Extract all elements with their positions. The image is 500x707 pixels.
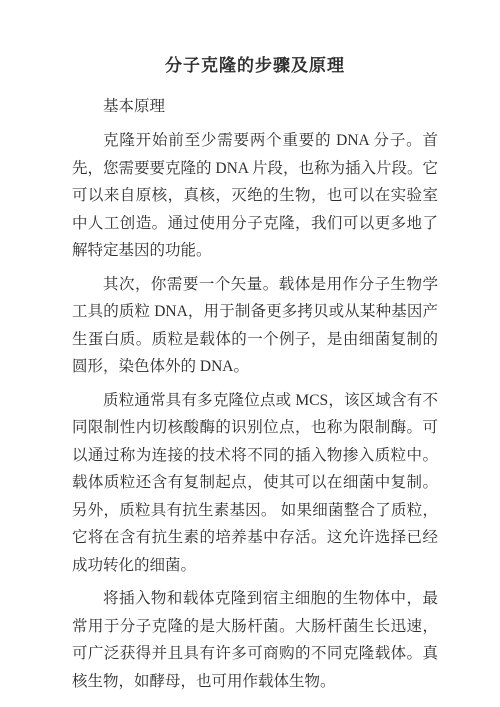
- section-heading: 基本原理: [72, 93, 438, 120]
- paragraph-1: 克隆开始前至少需要两个重要的 DNA 分子。首先，您需要要克隆的 DNA 片段，…: [72, 127, 438, 265]
- document-title: 分子克隆的步骤及原理: [72, 52, 438, 80]
- paragraph-4: 将插入物和载体克隆到宿主细胞的生物体中，最常用于分子克隆的是大肠杆菌。大肠杆菌生…: [72, 585, 438, 695]
- paragraph-2: 其次，你需要一个矢量。载体是用作分子生物学工具的质粒 DNA，用于制备更多拷贝或…: [72, 271, 438, 381]
- document-page: 分子克隆的步骤及原理 基本原理 克隆开始前至少需要两个重要的 DNA 分子。首先…: [0, 0, 500, 707]
- paragraph-3: 质粒通常具有多克隆位点或 MCS，该区域含有不同限制性内切核酸酶的识别位点，也称…: [72, 387, 438, 580]
